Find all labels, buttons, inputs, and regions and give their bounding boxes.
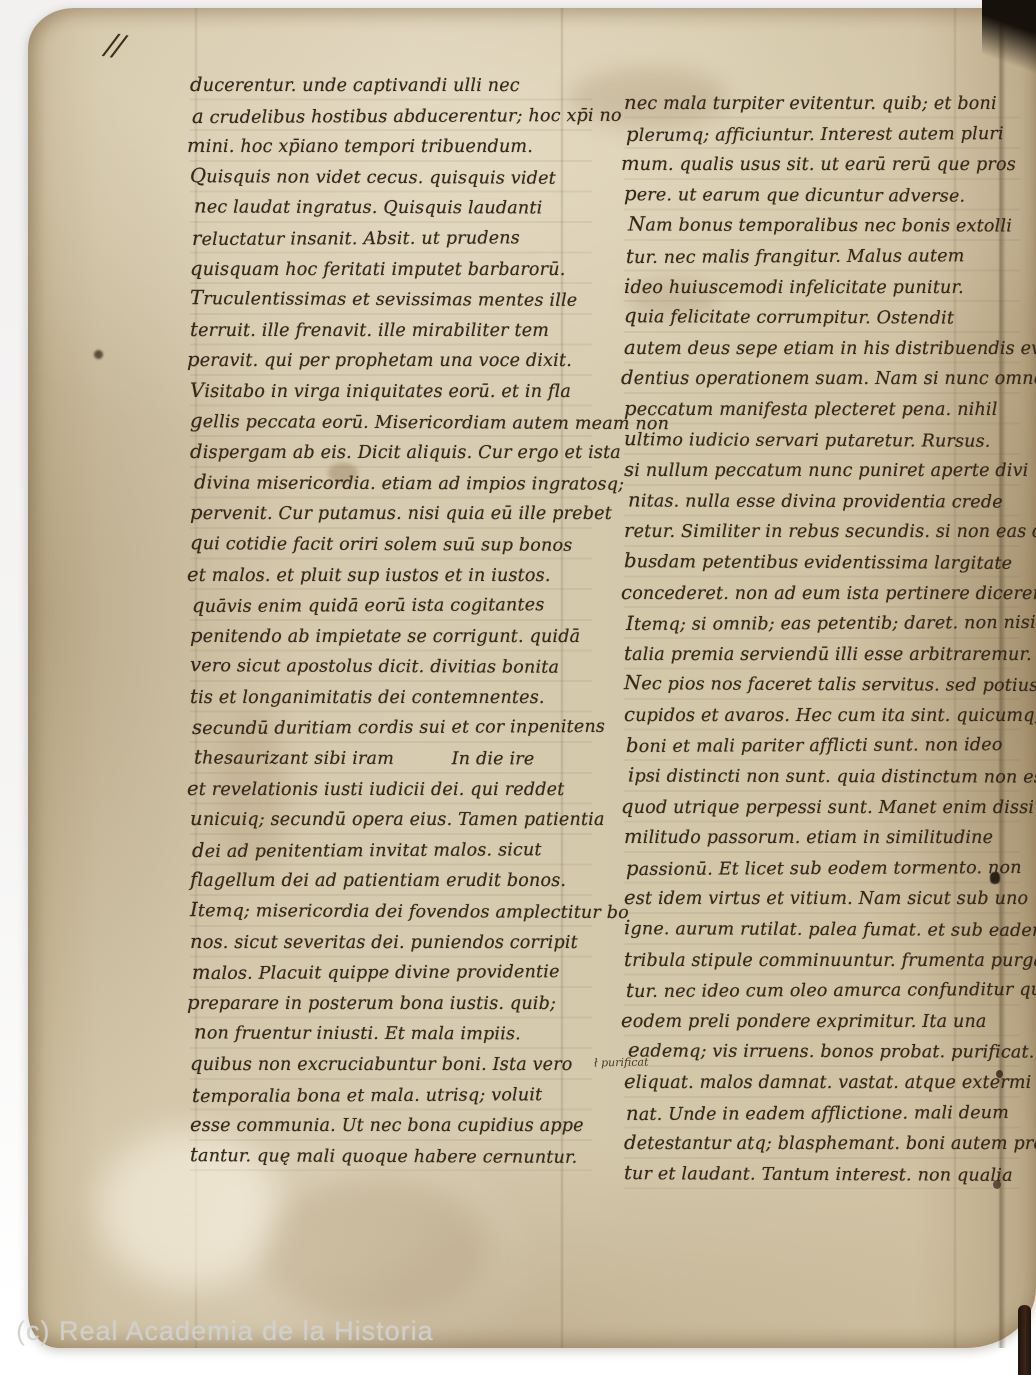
manuscript-text-line: Visitabo in virga iniquitates eorū. et i…	[190, 376, 592, 407]
manuscript-text-line: a crudelibus hostibus abducerentur; hoc …	[192, 100, 594, 133]
manuscript-text-line: ideo huiuscemodi infelicitate punitur.	[624, 272, 1020, 303]
manuscript-text-line: thesaurizant sibi iram In die ire	[194, 743, 596, 775]
manuscript-text-line: passionū. Et licet sub eodem tormento. n…	[626, 852, 1022, 885]
manuscript-text-line: nitas. nulla esse divina providentia cre…	[628, 485, 1024, 517]
stain	[258, 1178, 488, 1318]
manuscript-text-line: peccatum manifesta plecteret pena. nihil	[624, 394, 1020, 425]
manuscript-text-line: nos. sicut severitas dei. puniendos corr…	[190, 927, 592, 958]
manuscript-text-line: esse communia. Ut nec bona cupidius appe	[190, 1110, 592, 1141]
manuscript-text-line: Itemq; misericordia dei fovendos amplect…	[190, 895, 592, 927]
manuscript-text-line: tur et laudant. Tantum interest. non qua…	[624, 1158, 1020, 1190]
manuscript-text-line: Itemq; si omnib; eas petentib; daret. no…	[626, 607, 1022, 640]
manuscript-text-line: ultimo iudicio servari putaretur. Rursus…	[624, 424, 1020, 456]
manuscript-text-line: preparare in posterum bona iustis. quib;	[187, 988, 589, 1019]
manuscript-text-line: militudo passorum. etiam in similitudine	[624, 822, 1020, 853]
manuscript-text-line: Nec pios nos faceret talis servitus. sed…	[624, 668, 1020, 700]
manuscript-text-line: Nam bonus temporalibus nec bonis extolli	[628, 210, 1024, 242]
marginal-gloss: ł purificat	[594, 1056, 649, 1070]
manuscript-text-line: boni et mali pariter afflicti sunt. non …	[626, 729, 1022, 762]
manuscript-text-line: qui cotidie facit oriri solem suū sup bo…	[190, 528, 592, 560]
manuscript-text-line: est idem virtus et vitium. Nam sicut sub…	[624, 883, 1020, 914]
manuscript-text-line: tur. nec malis frangitur. Malus autem	[626, 240, 1022, 273]
manuscript-text-line: flagellum dei ad patientiam erudit bonos…	[190, 865, 592, 896]
manuscript-text-line: unicuiq; secundū opera eius. Tamen patie…	[190, 804, 592, 835]
manuscript-text-line: quod utrique perpessi sunt. Manet enim d…	[621, 792, 1017, 823]
manuscript-text-line: tantur. quę mali quoque habere cernuntur…	[190, 1140, 592, 1172]
manuscript-text-line: nec mala turpiter evitentur. quib; et bo…	[624, 88, 1020, 119]
manuscript-text-line: ducerentur. unde captivandi ulli nec	[190, 70, 592, 101]
manuscript-text-line: peravit. qui per prophetam una voce dixi…	[187, 345, 589, 376]
manuscript-text-line: autem deus sepe etiam in his distribuend…	[624, 333, 1020, 364]
manuscript-text-line: talia premia serviendū illi esse arbitra…	[624, 639, 1020, 670]
manuscript-text-line: quisquam hoc feritati imputet barbarorū.	[190, 254, 592, 285]
manuscript-text-line: tur. nec ideo cum oleo amurca confunditu…	[626, 974, 1022, 1007]
binding-edge	[1018, 1305, 1031, 1375]
manuscript-text-line: nec laudat ingratus. Quisquis laudanti	[194, 192, 596, 224]
manuscript-text-line: dispergam ab eis. Dicit aliquis. Cur erg…	[190, 437, 592, 468]
manuscript-text-line: vero sicut apostolus dicit. divitias bon…	[190, 650, 592, 682]
manuscript-text-line: secundū duritiam cordis sui et cor inpen…	[192, 711, 594, 744]
manuscript-text-line: tribula stipule comminuuntur. frumenta p…	[624, 945, 1020, 976]
manuscript-text-line: plerumq; afficiuntur. Interest autem plu…	[626, 118, 1022, 151]
manuscript-text-line: temporalia bona et mala. utrisq; voluit	[192, 1079, 594, 1112]
text-column-left: ducerentur. unde captivandi ulli neca cr…	[190, 70, 592, 1171]
manuscript-text-line: Truculentissimas et sevissimas mentes il…	[190, 283, 592, 315]
manuscript-text-line: eodem preli pondere exprimitur. Ita una	[621, 1006, 1017, 1037]
manuscript-page: // ducerentur. unde captivandi ulli neca…	[28, 8, 1036, 1348]
manuscript-text-line: nat. Unde in eadem afflictione. mali deu…	[626, 1097, 1022, 1130]
quire-mark: //	[103, 27, 125, 64]
manuscript-text-line: mini. hoc xp̄iano tempori tribuendum.	[187, 131, 589, 162]
manuscript-text-line: detestantur atq; blasphemant. boni autem…	[624, 1128, 1020, 1159]
manuscript-text-line: penitendo ab impietate se corrigunt. qui…	[190, 621, 592, 652]
copyright-watermark: (c) Real Academia de la Historia	[16, 1316, 434, 1347]
manuscript-text-line: eademq; vis irruens. bonos probat. purif…	[628, 1036, 1024, 1068]
manuscript-text-line: quibus non excruciabuntur boni. Ista ver…	[190, 1049, 592, 1080]
manuscript-text-line: eliquat. malos damnat. vastat. atque ext…	[624, 1067, 1020, 1098]
manuscript-text-line: busdam petentibus evidentissima largitat…	[624, 546, 1020, 578]
text-column-right: nec mala turpiter evitentur. quib; et bo…	[624, 88, 1020, 1189]
manuscript-text-line: et malos. et pluit sup iustos et in iust…	[187, 560, 589, 591]
manuscript-text-line: pervenit. Cur putamus. nisi quia eū ille…	[190, 498, 592, 529]
manuscript-text-line: tis et longanimitatis dei contemnentes.	[190, 682, 592, 713]
manuscript-text-line: quāvis enim quidā eorū ista cogitantes	[192, 589, 594, 622]
manuscript-text-line: divina misericordia. etiam ad impios ing…	[194, 467, 596, 499]
manuscript-text-line: si nullum peccatum nunc puniret aperte d…	[624, 455, 1020, 486]
manuscript-text-line: non fruentur iniusti. Et mala impiis.	[194, 1018, 596, 1050]
manuscript-text-line: retur. Similiter in rebus secundis. si n…	[624, 516, 1020, 547]
manuscript-text-line: quia felicitate corrumpitur. Ostendit	[624, 301, 1020, 333]
manuscript-text-line: gellis peccata eorū. Misericordiam autem…	[190, 406, 592, 438]
manuscript-text-line: concederet. non ad eum ista pertinere di…	[621, 578, 1017, 609]
manuscript-text-line: dentius operationem suam. Nam si nunc om…	[621, 363, 1017, 394]
manuscript-text-line: Quisquis non videt cecus. quisquis videt	[190, 161, 592, 193]
manuscript-text-line: dei ad penitentiam invitat malos. sicut	[192, 834, 594, 867]
manuscript-text-line: terruit. ille frenavit. ille mirabiliter…	[190, 315, 592, 346]
manuscript-text-line: pere. ut earum que dicuntur adverse.	[624, 179, 1020, 211]
manuscript-text-line: mum. qualis usus sit. ut earū rerū que p…	[621, 149, 1017, 180]
manuscript-text-line: cupidos et avaros. Hec cum ita sint. qui…	[624, 700, 1020, 731]
manuscript-text-line: reluctatur insanit. Absit. ut prudens	[192, 222, 594, 255]
manuscript-text-line: ipsi distincti non sunt. quia distinctum…	[628, 761, 1024, 793]
manuscript-text-line: malos. Placuit quippe divine providentie	[192, 956, 594, 989]
photo-background: // ducerentur. unde captivandi ulli neca…	[0, 0, 1036, 1375]
stain	[94, 350, 103, 359]
manuscript-text-line: igne. aurum rutilat. palea fumat. et sub…	[624, 913, 1020, 945]
manuscript-text-line: et revelationis iusti iudicii dei. qui r…	[187, 774, 589, 805]
